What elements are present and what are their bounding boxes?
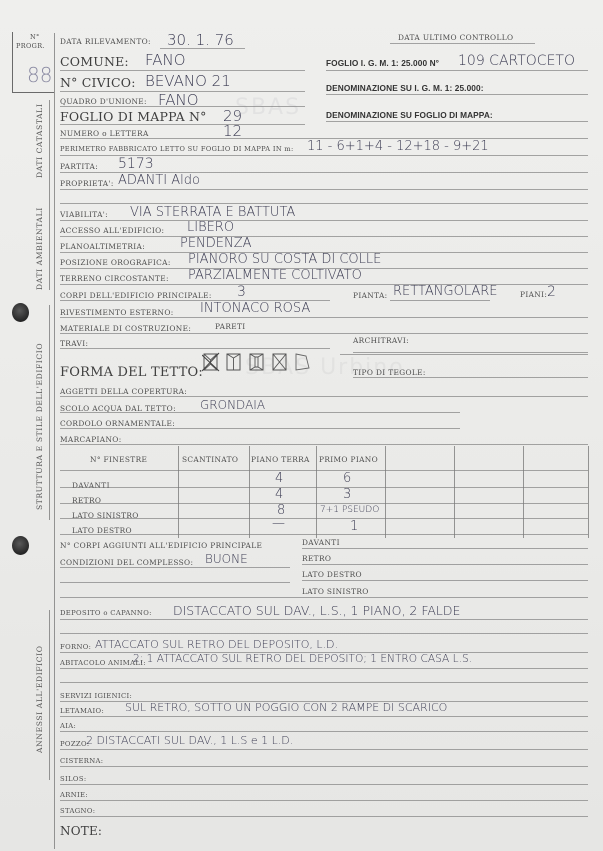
data-rilevamento-label: DATA RILEVAMENTO: <box>60 37 151 46</box>
denominazione-mappa-label: DENOMINAZIONE SU FOGLIO DI MAPPA: <box>326 110 493 120</box>
condizioni-label: CONDIZIONI DEL COMPLESSO: <box>60 558 193 567</box>
partita-value[interactable]: 5173 <box>118 156 154 172</box>
progressive-label: N° <box>30 33 40 41</box>
section-label-annessi: ANNESSI ALL'EDIFICIO <box>35 645 44 753</box>
silos-label: SILOS: <box>60 775 86 783</box>
abitacolo-value[interactable]: 2; 1 ATTACCATO SUL RETRO DEL DEPOSITO; 1… <box>133 653 472 665</box>
arnie-label: ARNIE: <box>60 791 88 799</box>
quadro-label: QUADRO D'UNIONE: <box>60 97 147 106</box>
section-label-ambientali: DATI AMBIENTALI <box>35 207 44 290</box>
denominazione-igm-label: DENOMINAZIONE SU I. G. M. 1: 25.000: <box>326 83 484 93</box>
section-bracket <box>49 100 50 290</box>
table-cell[interactable]: 1 <box>350 519 358 534</box>
perimetro-value[interactable]: 11 - 6+1+4 - 12+18 - 9+21 <box>307 139 489 154</box>
corpi-value[interactable]: 3 <box>237 284 246 300</box>
condizioni-value[interactable]: BUONE <box>205 552 248 566</box>
data-rilevamento-value[interactable]: 30. 1. 76 <box>167 31 234 49</box>
comune-value[interactable]: FANO <box>145 51 186 69</box>
viabilita-value[interactable]: VIA STERRATA E BATTUTA <box>130 205 295 220</box>
table-cell[interactable]: 4 <box>275 471 283 486</box>
materiale-label: MATERIALE DI COSTRUZIONE: <box>60 324 191 333</box>
gable-roof-alt-icon[interactable] <box>248 352 266 372</box>
marcapiano-label: MARCAPIANO: <box>60 435 122 444</box>
stagno-label: STAGNO: <box>60 807 95 815</box>
accesso-label: ACCESSO ALL'EDIFICIO: <box>60 226 164 235</box>
data-ultimo-controllo-label: DATA ULTIMO CONTROLLO <box>398 33 513 42</box>
pianta-value[interactable]: RETTANGOLARE <box>393 284 498 299</box>
aggiunti-side: LATO DESTRO <box>302 570 362 579</box>
corpi-aggiunti-label: N° CORPI AGGIUNTI ALL'EDIFICIO PRINCIPAL… <box>60 541 262 550</box>
scolo-value[interactable]: GRONDAIA <box>200 398 265 412</box>
survey-form: SBAS SBAS Urbino N° PROGR. 88 DATI CATAS… <box>0 0 603 851</box>
servizi-label: SERVIZI IGIENICI: <box>60 692 132 700</box>
piani-label: PIANI: <box>520 290 547 299</box>
table-cell[interactable]: 6 <box>343 471 351 486</box>
punch-hole <box>12 303 29 322</box>
table-header: PIANO TERRA <box>251 455 310 464</box>
proprieta-value[interactable]: ADANTI Aldo <box>118 173 200 188</box>
terreno-label: TERRENO CIRCOSTANTE: <box>60 274 169 283</box>
piani-value[interactable]: 2 <box>547 284 556 300</box>
margin-rule <box>54 33 55 849</box>
civico-value[interactable]: BEVANO 21 <box>145 72 231 90</box>
travi-label: TRAVI: <box>60 339 88 348</box>
foglio-igm-value[interactable]: 109 CARTOCETO <box>458 53 575 69</box>
foglio-igm-label: FOGLIO I. G. M. 1: 25.000 N° <box>326 58 439 68</box>
gable-roof-icon[interactable] <box>225 352 243 372</box>
note-label: NOTE: <box>60 824 102 838</box>
table-header: SCANTINATO <box>182 455 238 464</box>
table-row-label: DAVANTI <box>72 481 110 490</box>
table-cell[interactable]: 4 <box>275 487 283 502</box>
corpi-label: CORPI DELL'EDIFICIO PRINCIPALE: <box>60 291 212 300</box>
cordolo-label: CORDOLO ORNAMENTALE: <box>60 419 175 428</box>
table-cell[interactable]: 3 <box>343 487 351 502</box>
posizione-label: POSIZIONE OROGRAFICA: <box>60 258 171 267</box>
hip-roof-crossed-icon[interactable] <box>202 352 220 372</box>
viabilita-label: VIABILITA': <box>60 210 108 219</box>
rivestimento-label: RIVESTIMENTO ESTERNO: <box>60 308 174 317</box>
materiale-pareti-label: PARETI <box>215 322 246 331</box>
numero-label: NUMERO o LETTERA <box>60 129 149 138</box>
letamaio-label: LETAMAIO: <box>60 707 104 715</box>
section-label-catastali: DATI CATASTALI <box>35 104 44 178</box>
aggiunti-side: LATO SINISTRO <box>302 587 369 596</box>
planoaltimetria-value[interactable]: PENDENZA <box>180 236 252 251</box>
deposito-value[interactable]: DISTACCATO SUL DAV., L.S., 1 PIANO, 2 FA… <box>173 603 460 618</box>
table-header: PRIMO PIANO <box>319 455 378 464</box>
progressive-label: PROGR. <box>16 42 45 50</box>
table-cell[interactable]: — <box>272 516 285 531</box>
terreno-value[interactable]: PARZIALMENTE COLTIVATO <box>188 268 362 283</box>
planoaltimetria-label: PLANOALTIMETRIA: <box>60 242 145 251</box>
partita-label: PARTITA: <box>60 162 98 171</box>
section-label-struttura: STRUTTURA E STILE DELL'EDIFICIO <box>35 343 44 510</box>
letamaio-value[interactable]: SUL RETRO, SOTTO UN POGGIO CON 2 RAMPE D… <box>125 701 447 714</box>
forno-value[interactable]: ATTACCATO SUL RETRO DEL DEPOSITO, L.D. <box>95 638 338 651</box>
watermark: SBAS <box>235 95 301 120</box>
cisterna-label: CISTERNA: <box>60 757 103 765</box>
aggiunti-side: DAVANTI <box>302 538 340 547</box>
shed-roof-icon[interactable] <box>294 352 312 372</box>
punch-hole <box>12 536 29 555</box>
foglio-mappa-label: FOGLIO DI MAPPA N° <box>60 109 207 124</box>
pavilion-roof-icon[interactable] <box>271 352 289 372</box>
aggiunti-side: RETRO <box>302 554 331 563</box>
table-cell[interactable]: 7+1 PSEUDO <box>320 505 379 515</box>
progressive-number[interactable]: 88 <box>27 63 52 87</box>
forma-tetto-label: FORMA DEL TETTO: <box>60 365 203 380</box>
proprieta-label: PROPRIETA': <box>60 179 114 188</box>
civico-label: N° CIVICO: <box>60 75 136 90</box>
perimetro-label: PERIMETRO FABBRICATO LETTO SU FOGLIO DI … <box>60 145 294 153</box>
forno-label: FORNO: <box>60 643 91 651</box>
tipo-tegole-label: TIPO DI TEGOLE: <box>353 368 426 377</box>
posizione-value[interactable]: PIANORO SU COSTA DI COLLE <box>188 252 381 267</box>
accesso-value[interactable]: LIBERO <box>187 220 234 235</box>
table-header: N° FINESTRE <box>90 455 147 464</box>
section-bracket <box>49 610 50 780</box>
comune-label: COMUNE: <box>60 54 129 69</box>
deposito-label: DEPOSITO o CAPANNO: <box>60 609 152 617</box>
pozzo-value[interactable]: 2 DISTACCATI SUL DAV., 1 L.S e 1 L.D. <box>86 734 293 747</box>
rivestimento-value[interactable]: INTONACO ROSA <box>200 301 310 316</box>
pianta-label: PIANTA: <box>353 291 388 300</box>
aia-label: AIA: <box>60 722 76 730</box>
section-bracket <box>49 305 50 520</box>
architravi-label: ARCHITRAVI: <box>353 336 409 345</box>
aggetti-label: AGGETTI DELLA COPERTURA: <box>60 387 187 396</box>
